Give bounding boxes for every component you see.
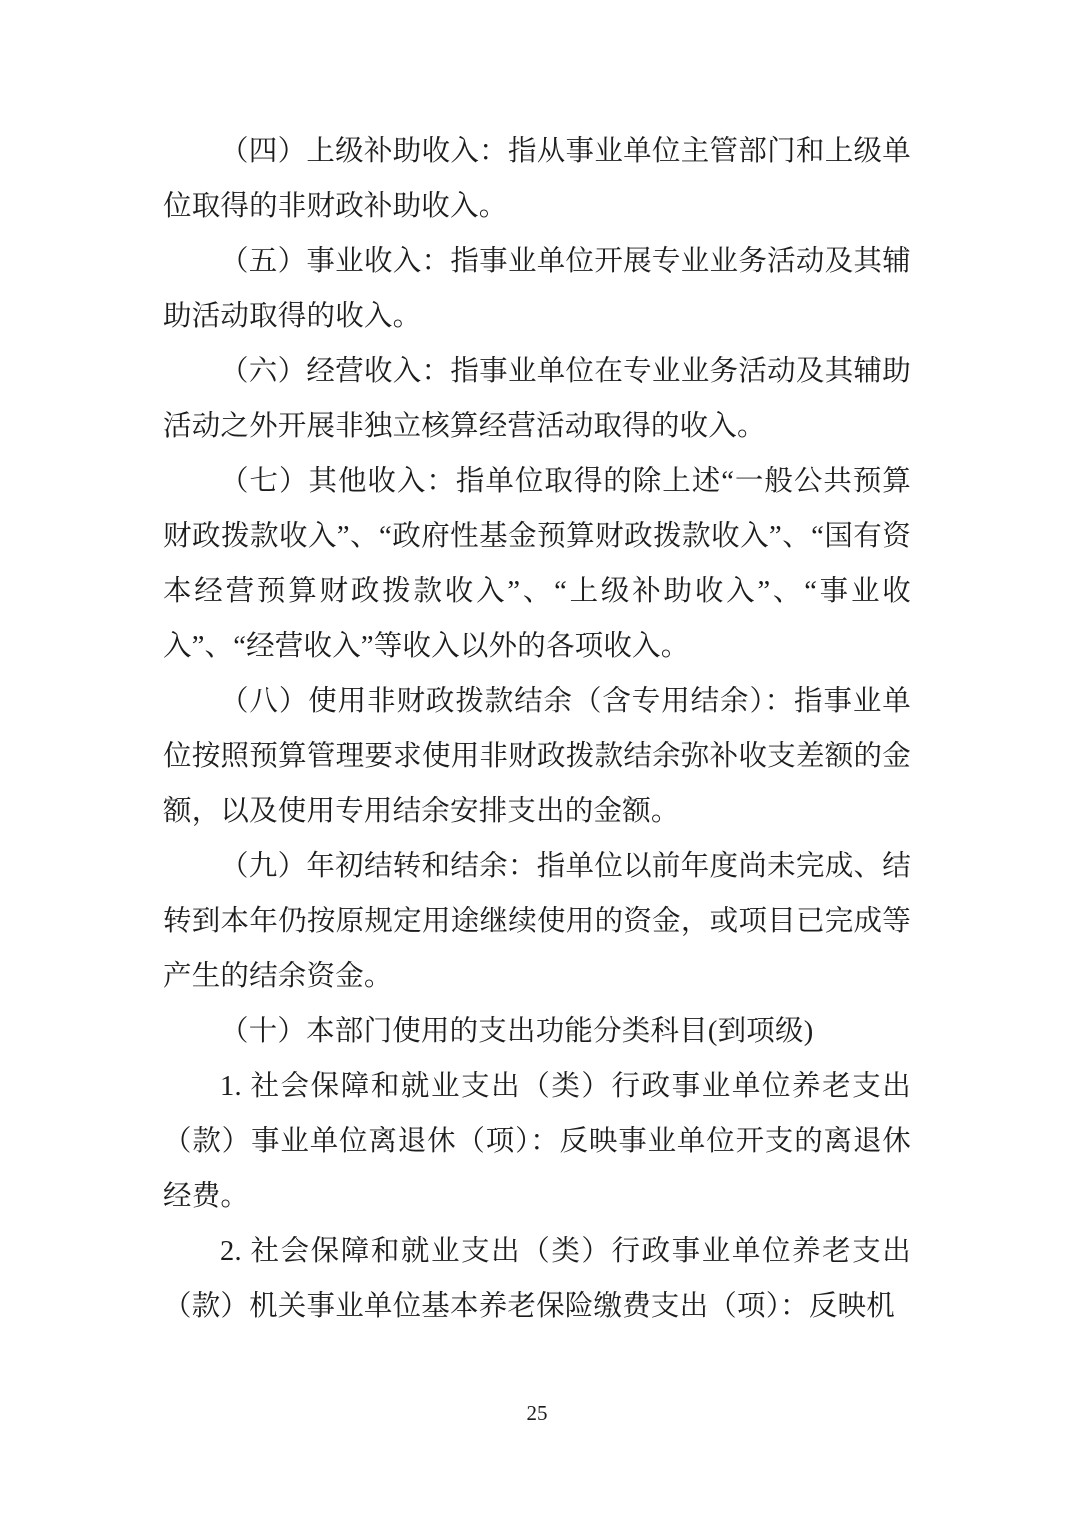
document-page: （四）上级补助收入：指从事业单位主管部门和上级单位取得的非财政补助收入。 （五）…	[0, 0, 1074, 1520]
page-footer: 25	[0, 1400, 1074, 1426]
document-paragraph: （六）经营收入：指事业单位在专业业务活动及其辅助活动之外开展非独立核算经营活动取…	[163, 344, 911, 454]
document-paragraph: （四）上级补助收入：指从事业单位主管部门和上级单位取得的非财政补助收入。	[163, 124, 911, 234]
page-number: 25	[527, 1401, 548, 1425]
document-paragraph: 2. 社会保障和就业支出（类）行政事业单位养老支出（款）机关事业单位基本养老保险…	[163, 1224, 911, 1334]
document-paragraph: （十）本部门使用的支出功能分类科目(到项级)	[163, 1004, 911, 1059]
document-paragraph: （七）其他收入：指单位取得的除上述“一般公共预算财政拨款收入”、“政府性基金预算…	[163, 454, 911, 674]
document-paragraph: （五）事业收入：指事业单位开展专业业务活动及其辅助活动取得的收入。	[163, 234, 911, 344]
document-paragraph: （八）使用非财政拨款结余（含专用结余）：指事业单位按照预算管理要求使用非财政拨款…	[163, 674, 911, 839]
document-paragraph: （九）年初结转和结余：指单位以前年度尚未完成、结转到本年仍按原规定用途继续使用的…	[163, 839, 911, 1004]
document-body: （四）上级补助收入：指从事业单位主管部门和上级单位取得的非财政补助收入。 （五）…	[163, 124, 911, 1334]
document-paragraph: 1. 社会保障和就业支出（类）行政事业单位养老支出（款）事业单位离退休（项）：反…	[163, 1059, 911, 1224]
